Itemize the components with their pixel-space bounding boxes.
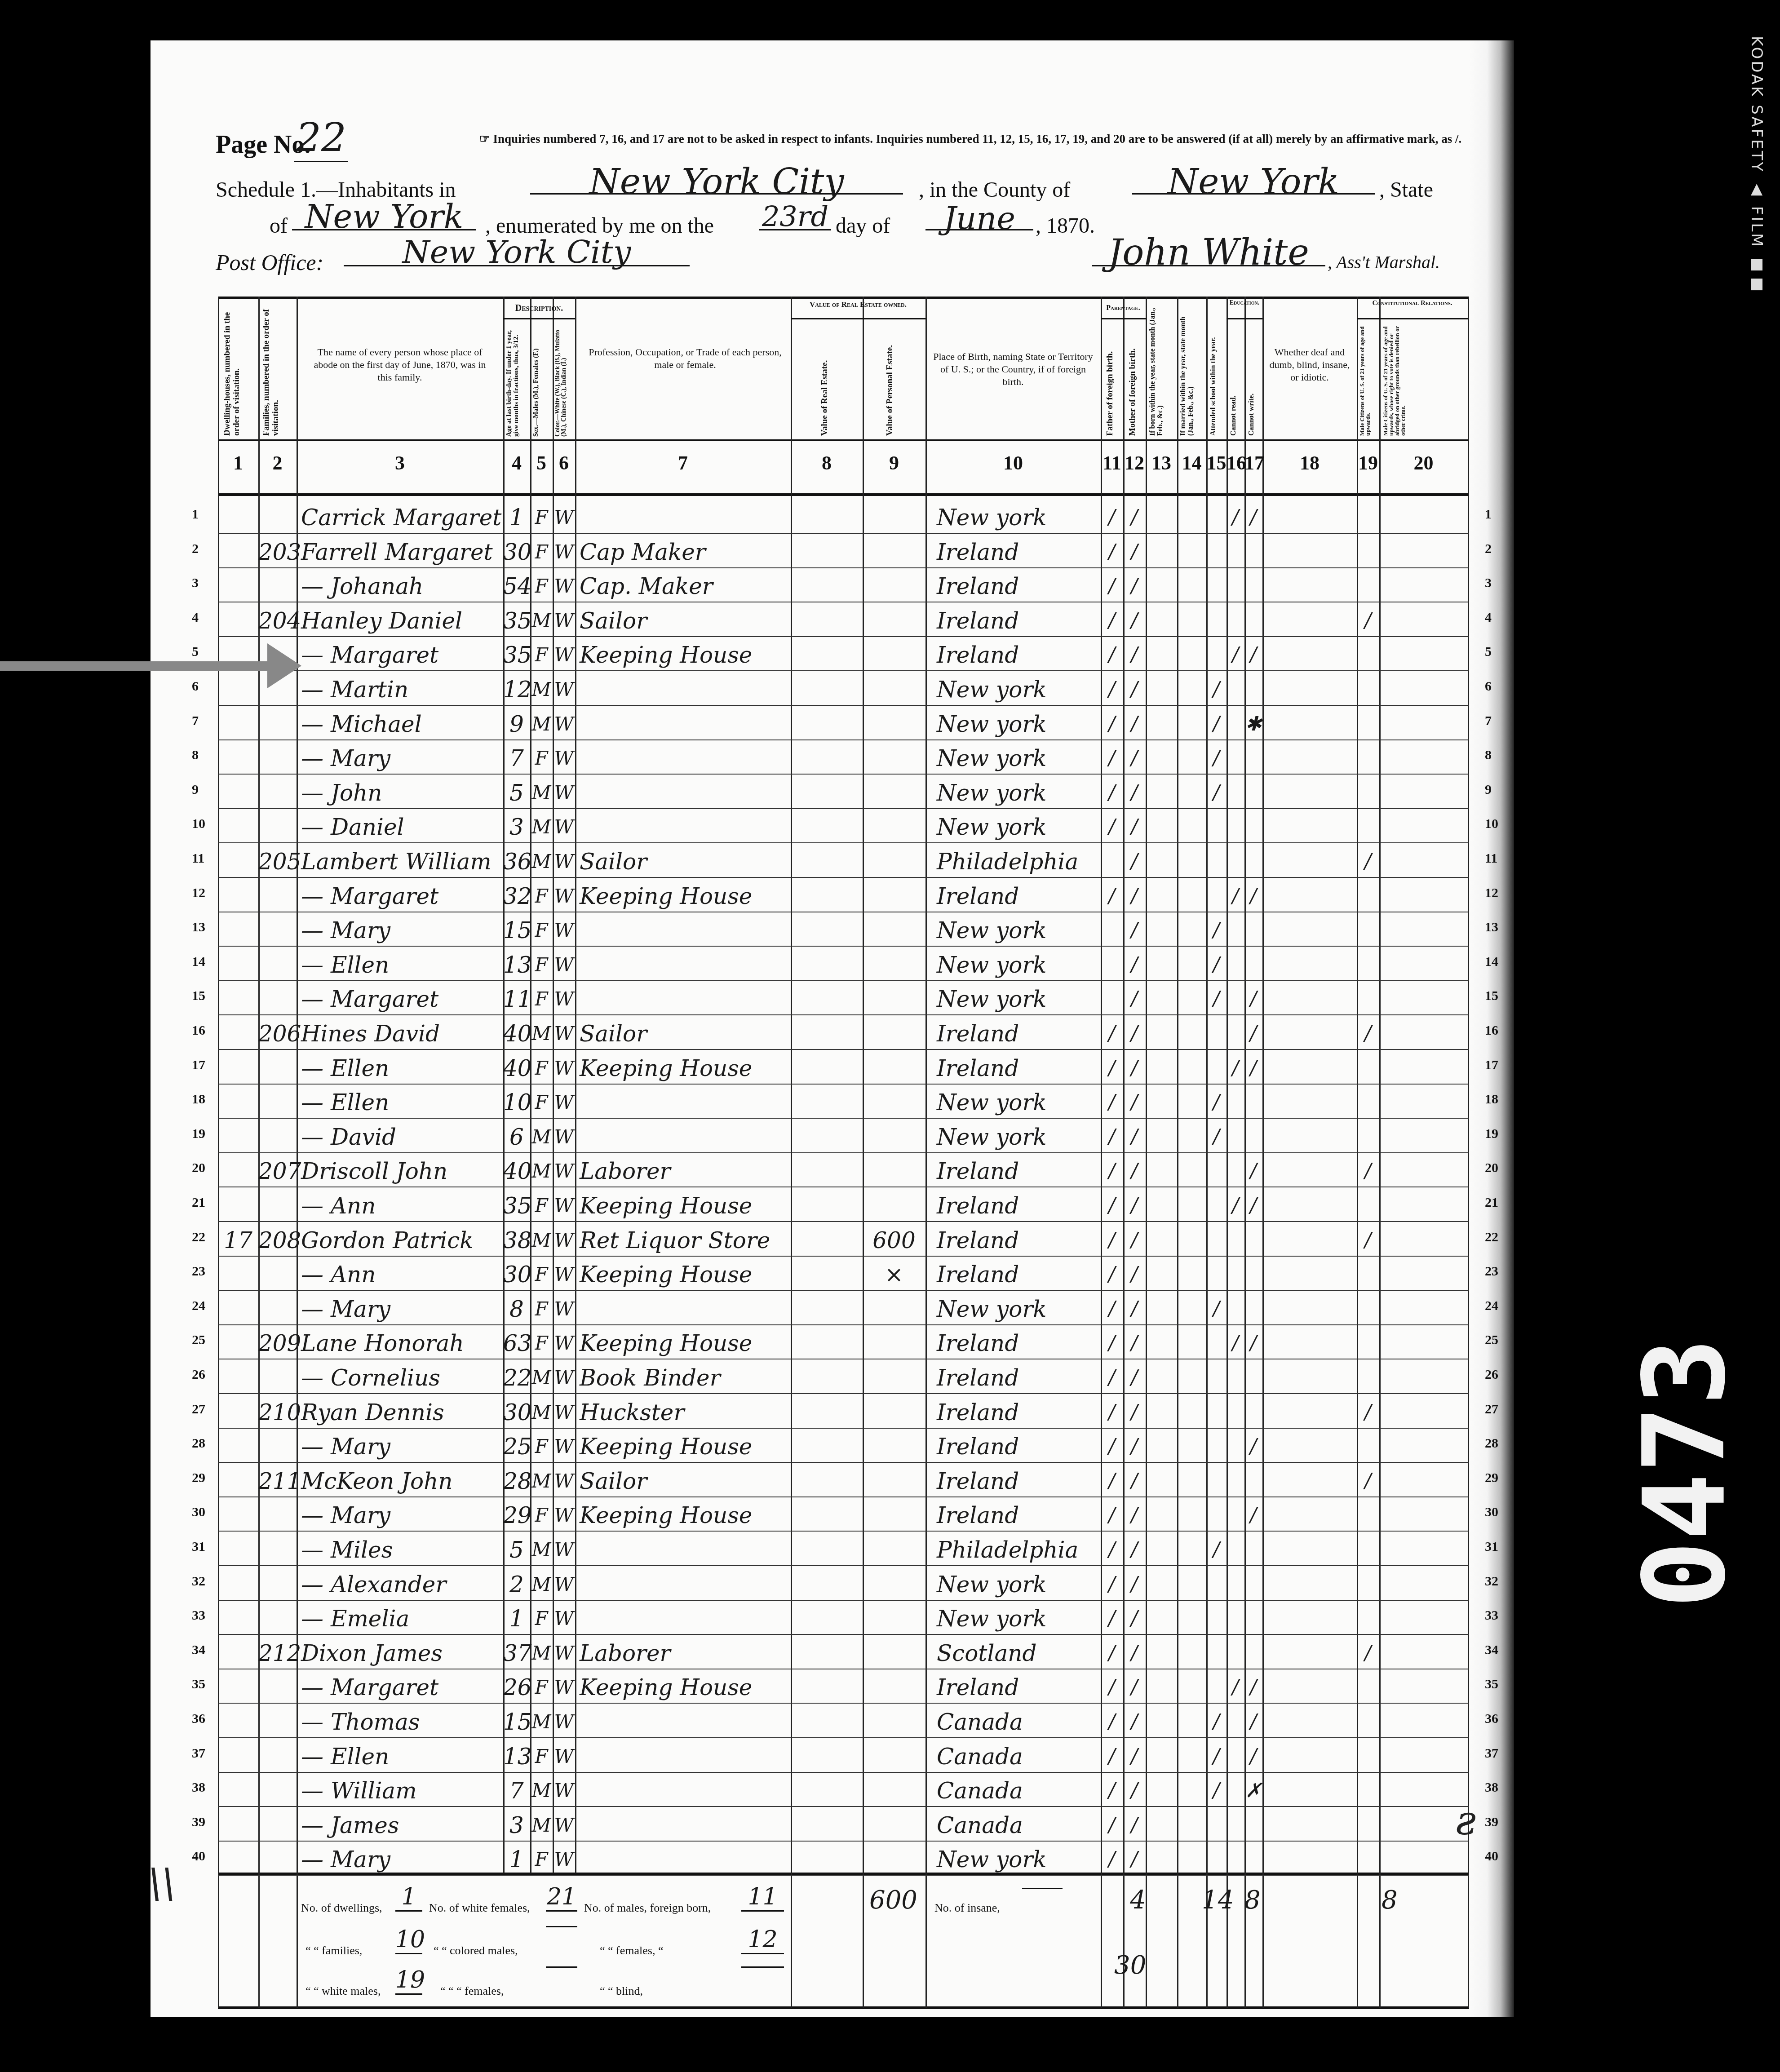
table-row: 204Hanley Daniel35MWSailorIreland///44 [218, 602, 1469, 637]
col2-header: Families, numbered in the order of visit… [261, 301, 293, 436]
cell-name: McKeon John [301, 1469, 503, 1494]
cell-f: / [1101, 1606, 1123, 1631]
table-row: — Margaret35FWKeeping HouseIreland////55 [218, 636, 1469, 671]
cell-m: / [1123, 815, 1146, 840]
of-label: of [270, 213, 288, 238]
line-number-left: 40 [192, 1849, 205, 1864]
cell-cit: / [1357, 1641, 1379, 1666]
cell-sex: M [530, 1572, 553, 1597]
cell-age: 3 [503, 1813, 530, 1838]
county-label: , in the County of [919, 177, 1070, 202]
col1-header: Dwelling-houses, numbered in the order o… [222, 301, 254, 436]
cell-m: / [1123, 1021, 1146, 1046]
table-row: — Ann35FWKeeping HouseIreland////2121 [218, 1187, 1469, 1222]
col9-header: Value of Personal Estate. [885, 323, 903, 436]
col13-header: If born within the year, state month (Ja… [1149, 301, 1174, 436]
cell-f: / [1101, 746, 1123, 771]
cell-cw: / [1244, 1675, 1262, 1700]
cell-cw: / [1244, 1159, 1262, 1184]
cell-age: 11 [503, 987, 530, 1012]
line-number-left: 34 [192, 1643, 205, 1658]
cell-birth: Ireland [937, 1400, 1101, 1425]
dwellings-label: No. of dwellings, [301, 1901, 382, 1915]
table-row: — Michael9MWNew york///✱77 [218, 705, 1469, 740]
line-number-left: 23 [192, 1264, 205, 1279]
families-count: 10 [395, 1926, 422, 1954]
cell-fam: 204 [258, 608, 297, 633]
cell-age: 3 [503, 815, 530, 840]
cell-birth: Ireland [937, 574, 1101, 599]
line-number-left: 12 [192, 885, 205, 901]
cell-age: 63 [503, 1331, 530, 1356]
cell-color: W [553, 1744, 575, 1769]
cell-sch: / [1206, 1297, 1227, 1322]
cell-name: — Margaret [301, 1675, 503, 1700]
cell-dw: 17 [218, 1228, 258, 1253]
cell-f: / [1101, 1021, 1123, 1046]
cell-birth: Ireland [937, 1675, 1101, 1700]
cell-age: 54 [503, 574, 530, 599]
line-number-right: 17 [1485, 1058, 1498, 1073]
cell-fam: 208 [258, 1228, 297, 1253]
cell-sex: M [530, 849, 553, 874]
cell-name: — Ellen [301, 952, 503, 978]
cell-age: 1 [503, 1606, 530, 1631]
cell-color: W [553, 1434, 575, 1459]
table-row: — James3MWCanada//3939 [218, 1806, 1469, 1842]
page-totals: No. of dwellings, 1 No. of white females… [218, 1874, 1469, 2009]
table-row: — Alexander2MWNew york//3232 [218, 1566, 1469, 1601]
cell-color: W [553, 642, 575, 668]
cell-cr: / [1227, 884, 1244, 909]
cell-m: / [1123, 1297, 1146, 1322]
cell-name: Hanley Daniel [301, 608, 503, 633]
line-number-right: 32 [1485, 1574, 1498, 1589]
cell-sex: F [530, 642, 553, 668]
cell-birth: Scotland [937, 1641, 1101, 1666]
cell-age: 40 [503, 1056, 530, 1081]
cell-m: / [1123, 952, 1146, 978]
cell-age: 12 [503, 677, 530, 702]
cell-occ: Ret Liquor Store [580, 1228, 791, 1253]
cell-sex: F [530, 952, 553, 978]
cell-birth: New york [937, 1125, 1101, 1150]
table-row: — David6MWNew york///1919 [218, 1118, 1469, 1153]
line-number-right: 33 [1485, 1608, 1498, 1623]
col18-header: Whether deaf and dumb, blind, insane, or… [1267, 346, 1352, 384]
personal-estate-total: 600 [869, 1886, 917, 1915]
cell-name: — Ellen [301, 1744, 503, 1769]
real-estate-group-header: Value of Real Estate owned. [791, 299, 925, 310]
cell-sch: / [1206, 1778, 1227, 1803]
cell-occ: Sailor [580, 608, 791, 633]
cell-f: / [1101, 1469, 1123, 1494]
day-field: 23rd [759, 200, 831, 230]
cell-color: W [553, 918, 575, 943]
cell-age: 28 [503, 1469, 530, 1494]
cell-fam: 207 [258, 1159, 297, 1184]
cell-cit: / [1357, 1159, 1379, 1184]
cell-sch: / [1206, 746, 1227, 771]
day-of-label: day of [836, 213, 890, 238]
line-number-left: 20 [192, 1160, 205, 1176]
cell-color: W [553, 1572, 575, 1597]
cell-name: — Mary [301, 1503, 503, 1528]
cell-age: 1 [503, 1847, 530, 1872]
cell-color: W [553, 884, 575, 909]
parentage-subrule [1101, 318, 1146, 319]
cell-occ: Cap. Maker [580, 574, 791, 599]
line-number-right: 25 [1485, 1333, 1498, 1348]
cell-color: W [553, 1469, 575, 1494]
cell-f: / [1101, 505, 1123, 530]
white-females-count: 21 [546, 1883, 577, 1912]
citizens-total: 8 [1381, 1886, 1398, 1915]
insane-label: No. of insane, [934, 1901, 1000, 1915]
cell-occ: Laborer [580, 1159, 791, 1184]
cell-sex: M [530, 780, 553, 806]
line-number-right: 39 [1485, 1815, 1498, 1830]
cell-name: — Daniel [301, 815, 503, 840]
cell-m: / [1123, 677, 1146, 702]
cell-occ: Keeping House [580, 1331, 791, 1356]
cell-age: 22 [503, 1365, 530, 1390]
cell-m: / [1123, 780, 1146, 806]
cell-sex: M [530, 1228, 553, 1253]
cell-f: / [1101, 1434, 1123, 1459]
cell-color: W [553, 780, 575, 806]
cell-m: / [1123, 1675, 1146, 1700]
cell-age: 40 [503, 1159, 530, 1184]
cell-m: / [1123, 1641, 1146, 1666]
males-foreign-label: No. of males, foreign born, [584, 1901, 711, 1915]
cell-age: 6 [503, 1125, 530, 1150]
cell-cw: / [1244, 1434, 1262, 1459]
blind-count [741, 1966, 784, 1968]
cell-name: Driscoll John [301, 1159, 503, 1184]
cell-f: / [1101, 1297, 1123, 1322]
description-subrule [503, 318, 575, 319]
col8-header: Value of Real Estate. [820, 323, 838, 436]
cell-birth: Ireland [937, 1503, 1101, 1528]
line-number-right: 27 [1485, 1402, 1498, 1417]
line-number-right: 8 [1485, 748, 1492, 763]
cell-sex: M [530, 1469, 553, 1494]
cell-sex: F [530, 574, 553, 599]
cell-fam: 206 [258, 1021, 297, 1046]
cell-sch: / [1206, 1537, 1227, 1563]
cell-birth: New york [937, 918, 1101, 943]
cell-age: 5 [503, 1537, 530, 1563]
cell-birth: Ireland [937, 1159, 1101, 1184]
school-total: 14 [1202, 1886, 1234, 1915]
line-number-left: 37 [192, 1746, 205, 1761]
cell-color: W [553, 1675, 575, 1700]
col-number: 3 [297, 452, 503, 474]
line-number-left: 7 [192, 713, 199, 729]
cell-birth: New york [937, 952, 1101, 978]
cell-color: W [553, 1537, 575, 1563]
cell-sex: M [530, 712, 553, 737]
line-number-right: 23 [1485, 1264, 1498, 1279]
line-number-left: 2 [192, 541, 199, 557]
cell-f: / [1101, 608, 1123, 633]
header-rule [218, 439, 1469, 441]
line-number-left: 1 [192, 507, 199, 522]
cell-cit: / [1357, 608, 1379, 633]
col12-header: Mother of foreign birth. [1128, 323, 1142, 436]
cell-age: 38 [503, 1228, 530, 1253]
cell-sex: F [530, 1744, 553, 1769]
col-number: 14 [1177, 452, 1206, 474]
table-row: — Ellen13FWCanada////3737 [218, 1738, 1469, 1773]
cell-birth: New york [937, 780, 1101, 806]
cell-cw: / [1244, 642, 1262, 668]
line-number-left: 31 [192, 1539, 205, 1554]
cell-fam: 203 [258, 540, 297, 565]
cell-sch: / [1206, 1709, 1227, 1735]
cell-m: / [1123, 1709, 1146, 1735]
col-number: 17 [1244, 452, 1262, 474]
cell-birth: Ireland [937, 540, 1101, 565]
cell-birth: Ireland [937, 1021, 1101, 1046]
cell-sex: F [530, 918, 553, 943]
cell-birth: Ireland [937, 1365, 1101, 1390]
cell-birth: New york [937, 746, 1101, 771]
cell-birth: New york [937, 1090, 1101, 1115]
col-number: 10 [925, 452, 1101, 474]
white-males-label: “ “ white males, [306, 1984, 381, 1998]
cell-name: — Johanah [301, 574, 503, 599]
cell-age: 2 [503, 1572, 530, 1597]
cell-occ: Keeping House [580, 1434, 791, 1459]
cell-age: 35 [503, 1193, 530, 1218]
cell-birth: Ireland [937, 1056, 1101, 1081]
cell-color: W [553, 1228, 575, 1253]
line-number-left: 27 [192, 1402, 205, 1417]
cell-sex: F [530, 505, 553, 530]
year-label: , 1870. [1036, 213, 1095, 238]
cell-occ: Book Binder [580, 1365, 791, 1390]
cell-age: 36 [503, 849, 530, 874]
cell-cr: / [1227, 505, 1244, 530]
cell-m: / [1123, 1778, 1146, 1803]
cell-age: 32 [503, 884, 530, 909]
cell-sex: M [530, 1813, 553, 1838]
cell-cit: / [1357, 849, 1379, 874]
cell-m: / [1123, 608, 1146, 633]
cell-sex: M [530, 1125, 553, 1150]
table-row: — Mary15FWNew york//1313 [218, 912, 1469, 947]
pointer-arrow [0, 661, 274, 671]
cell-m: / [1123, 1537, 1146, 1563]
cell-sex: F [530, 1675, 553, 1700]
col-number: 9 [863, 452, 925, 474]
cell-f: / [1101, 1400, 1123, 1425]
cell-f: / [1101, 1572, 1123, 1597]
cell-cit: / [1357, 1469, 1379, 1494]
cell-age: 13 [503, 952, 530, 978]
cell-cw: / [1244, 505, 1262, 530]
cell-f: / [1101, 642, 1123, 668]
line-number-left: 26 [192, 1367, 205, 1382]
cell-m: / [1123, 1847, 1146, 1872]
cell-name: Farrell Margaret [301, 540, 503, 565]
cell-m: / [1123, 1331, 1146, 1356]
line-number-left: 35 [192, 1677, 205, 1692]
state-label: , State [1379, 177, 1433, 202]
col19-header: Male Citizens of U. S. of 21 years of ag… [1359, 323, 1378, 436]
col-number: 18 [1262, 452, 1357, 474]
cell-occ: Keeping House [580, 1193, 791, 1218]
col17-header: Cannot write. [1247, 323, 1261, 436]
line-number-left: 14 [192, 954, 205, 970]
cell-age: 1 [503, 505, 530, 530]
cell-pe: × [863, 1262, 925, 1287]
cell-f: / [1101, 1056, 1123, 1081]
cell-age: 10 [503, 1090, 530, 1115]
families-label: “ “ families, [306, 1944, 362, 1957]
cell-cw: / [1244, 987, 1262, 1012]
cell-sch: / [1206, 780, 1227, 806]
cell-color: W [553, 1193, 575, 1218]
cell-color: W [553, 1090, 575, 1115]
cell-sex: F [530, 884, 553, 909]
col-number: 4 [503, 452, 530, 474]
line-number-right: 29 [1485, 1470, 1498, 1486]
cell-occ: Cap Maker [580, 540, 791, 565]
table-row: — Emelia1FWNew york//3333 [218, 1600, 1469, 1635]
colored-males-count [546, 1926, 577, 1927]
cell-m: / [1123, 884, 1146, 909]
line-number-right: 4 [1485, 610, 1492, 625]
cell-color: W [553, 608, 575, 633]
cell-f: / [1101, 1503, 1123, 1528]
cell-name: — Emelia [301, 1606, 503, 1631]
females-foreign-count: 12 [741, 1926, 784, 1954]
col15-header: Attended school within the year. [1209, 301, 1225, 436]
table-row: — Ann30FWKeeping House×Ireland//2323 [218, 1256, 1469, 1291]
females-foreign-label: “ “ females, “ [600, 1944, 663, 1957]
line-number-right: 7 [1485, 713, 1492, 729]
cell-occ: Laborer [580, 1641, 791, 1666]
cell-name: — Mary [301, 1847, 503, 1872]
line-number-right: 22 [1485, 1230, 1498, 1245]
cell-name: — Ann [301, 1262, 503, 1287]
cell-m: / [1123, 1125, 1146, 1150]
line-number-right: 6 [1485, 679, 1492, 694]
cell-age: 29 [503, 1503, 530, 1528]
cell-birth: Ireland [937, 1262, 1101, 1287]
cell-name: Lambert William [301, 849, 503, 874]
line-number-left: 30 [192, 1505, 205, 1520]
margin-mark-right: ƨ [1456, 1797, 1476, 1844]
line-number-right: 16 [1485, 1023, 1498, 1038]
cell-f: / [1101, 1193, 1123, 1218]
cell-birth: Ireland [937, 642, 1101, 668]
cell-color: W [553, 746, 575, 771]
cell-m: / [1123, 1572, 1146, 1597]
cell-m: / [1123, 1434, 1146, 1459]
cell-color: W [553, 677, 575, 702]
table-row: — John5MWNew york///99 [218, 774, 1469, 809]
cell-age: 35 [503, 642, 530, 668]
cell-name: — Thomas [301, 1709, 503, 1735]
cell-birth: New york [937, 815, 1101, 840]
cell-birth: Ireland [937, 1331, 1101, 1356]
cell-f: / [1101, 1709, 1123, 1735]
cell-color: W [553, 1056, 575, 1081]
cell-sex: F [530, 1297, 553, 1322]
cell-sch: / [1206, 918, 1227, 943]
table-row: Carrick Margaret1FWNew york////11 [218, 499, 1469, 534]
cell-birth: Ireland [937, 1434, 1101, 1459]
cell-name: Carrick Margaret [301, 505, 503, 530]
insane-count [1022, 1888, 1063, 1889]
cell-m: / [1123, 849, 1146, 874]
cell-m: / [1123, 1469, 1146, 1494]
cell-m: / [1123, 1400, 1146, 1425]
cell-name: — John [301, 780, 503, 806]
cell-birth: Ireland [937, 1469, 1101, 1494]
cell-fam: 205 [258, 849, 297, 874]
cell-color: W [553, 1641, 575, 1666]
col-number: 20 [1379, 452, 1468, 474]
line-number-right: 24 [1485, 1298, 1498, 1314]
table-row: — Mary1FWNew york//4040 [218, 1841, 1469, 1876]
table-row: 211McKeon John28MWSailorIreland///2929 [218, 1462, 1469, 1497]
cell-sch: / [1206, 952, 1227, 978]
cell-occ: Sailor [580, 1469, 791, 1494]
cell-color: W [553, 1365, 575, 1390]
line-number-left: 39 [192, 1815, 205, 1830]
cell-m: / [1123, 574, 1146, 599]
cell-color: W [553, 1606, 575, 1631]
cell-sex: M [530, 608, 553, 633]
line-number-right: 10 [1485, 816, 1498, 832]
line-number-right: 13 [1485, 920, 1498, 935]
cell-birth: New york [937, 1572, 1101, 1597]
line-number-right: 3 [1485, 576, 1492, 591]
cell-color: W [553, 1400, 575, 1425]
cell-sex: F [530, 1606, 553, 1631]
cell-f: / [1101, 1847, 1123, 1872]
cell-sex: M [530, 1365, 553, 1390]
cell-sex: F [530, 1331, 553, 1356]
cell-occ: Sailor [580, 849, 791, 874]
cell-m: / [1123, 1159, 1146, 1184]
cell-color: W [553, 505, 575, 530]
cell-age: 15 [503, 918, 530, 943]
line-number-left: 33 [192, 1608, 205, 1623]
cell-m: / [1123, 1365, 1146, 1390]
col-number: 12 [1123, 452, 1146, 474]
cell-age: 7 [503, 746, 530, 771]
line-number-left: 9 [192, 782, 199, 797]
cell-sex: M [530, 1778, 553, 1803]
cell-f: / [1101, 1365, 1123, 1390]
cell-sch: / [1206, 987, 1227, 1012]
line-number-right: 38 [1485, 1780, 1498, 1795]
col-number: 15 [1206, 452, 1227, 474]
cell-sex: F [530, 1503, 553, 1528]
cell-birth: New york [937, 1297, 1101, 1322]
cell-m: / [1123, 918, 1146, 943]
cell-m: / [1123, 642, 1146, 668]
cell-name: Dixon James [301, 1641, 503, 1666]
film-frame-number: 0473 [1626, 1159, 1743, 1608]
cell-occ: Keeping House [580, 1262, 791, 1287]
